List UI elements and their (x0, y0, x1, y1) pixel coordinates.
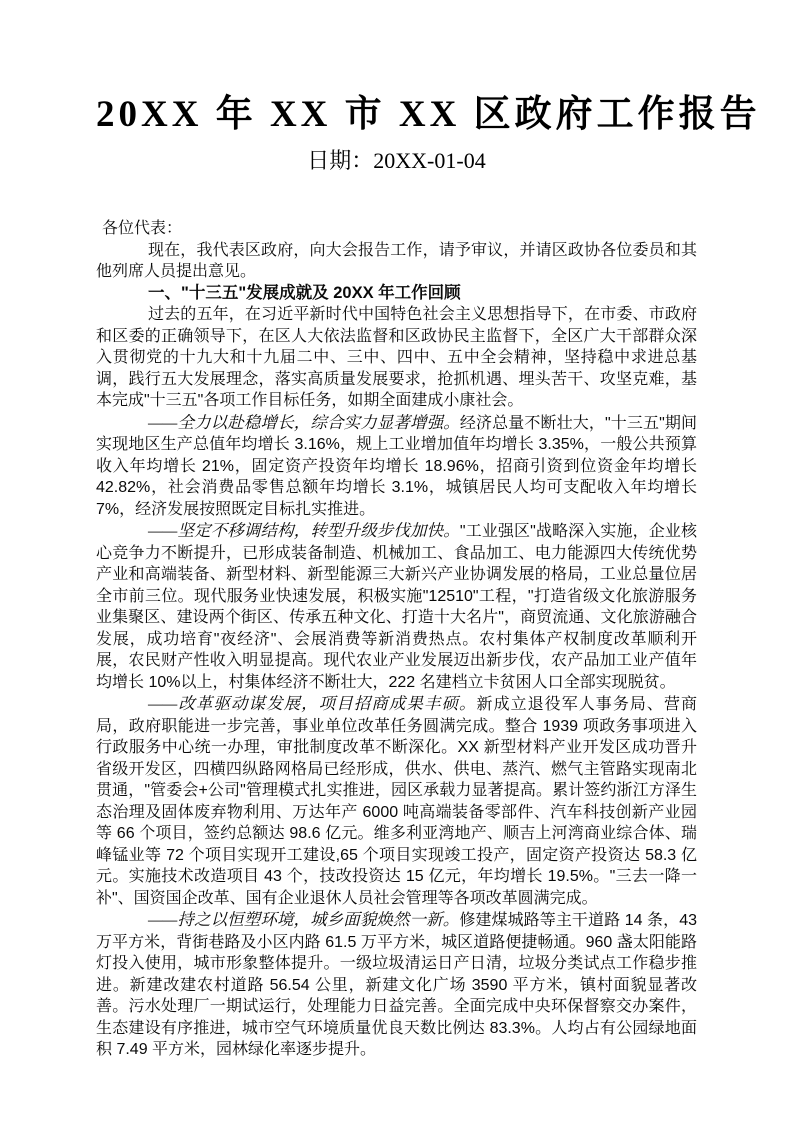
section-heading: 一、"十三五"发展成就及 20XX 年工作回顾 (96, 283, 697, 305)
dash-paragraph-reform: ——改革驱动谋发展，项目招商成果丰硕。新成立退役军人事务局、营商局，政府职能进一… (96, 693, 697, 909)
document-page: 20XX 年 XX 市 XX 区政府工作报告 日期：20XX-01-04 各位代… (0, 0, 793, 1122)
document-date: 日期：20XX-01-04 (96, 146, 697, 176)
paragraph-overview: 过去的五年，在习近平新时代中国特色社会主义思想指导下，在市委、市政府和区委的正确… (96, 304, 697, 412)
dash-paragraph-growth: ——全力以赴稳增长，综合实力显著增强。经济总量不断壮大，"十三五"期间实现地区生… (96, 412, 697, 521)
dash-lead-environment: ——持之以恒塑环境，城乡面貌焕然一新。 (148, 910, 459, 929)
dash-lead-growth: ——全力以赴稳增长，综合实力显著增强。 (148, 413, 460, 432)
dash-paragraph-environment: ——持之以恒塑环境，城乡面貌焕然一新。修建煤城路等主干道路 14 条，43 万平… (96, 909, 697, 1061)
document-body: 各位代表： 现在，我代表区政府，向大会报告工作，请予审议，并请区政协各位委员和其… (96, 218, 697, 1061)
salutation: 各位代表： (96, 218, 697, 240)
dash-lead-reform: ——改革驱动谋发展，项目招商成果丰硕。 (148, 694, 477, 713)
dash-rest-environment: 修建煤城路等主干道路 14 条，43 万平方米，背街巷路及小区内路 61.5 万… (96, 912, 697, 1058)
dash-rest-structure: "工业强区"战略深入实施，企业核心竞争力不断提升，已形成装备制造、机械加工、食品… (96, 523, 697, 691)
dash-rest-reform: 新成立退役军人事务局、营商局，政府职能进一步完善，事业单位改革任务圆满完成。整合… (96, 696, 697, 907)
document-title: 20XX 年 XX 市 XX 区政府工作报告 (96, 92, 697, 138)
dash-lead-structure: ——坚定不移调结构，转型升级步伐加快。 (148, 521, 460, 540)
dash-paragraph-structure: ——坚定不移调结构，转型升级步伐加快。"工业强区"战略深入实施，企业核心竞争力不… (96, 520, 697, 693)
paragraph-intro: 现在，我代表区政府，向大会报告工作，请予审议，并请区政协各位委员和其他列席人员提… (96, 240, 697, 283)
document-content: 20XX 年 XX 市 XX 区政府工作报告 日期：20XX-01-04 各位代… (96, 92, 697, 1061)
